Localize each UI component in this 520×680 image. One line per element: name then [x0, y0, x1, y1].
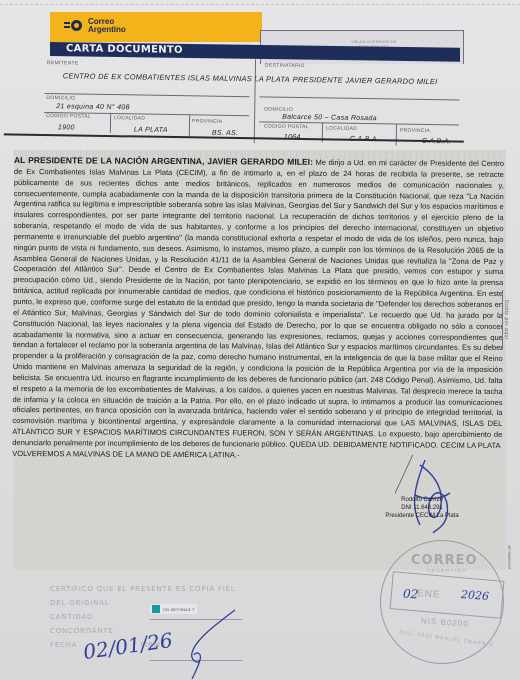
- postmark-date-year: 2026: [461, 588, 490, 603]
- signatory-dni: DNI 11.646.291: [372, 504, 472, 512]
- correo-argentino-logo: Correo Argentino: [64, 18, 126, 34]
- signature-icon: [395, 455, 465, 535]
- sender-address: 21 esquina 40 N° 408: [56, 103, 130, 111]
- postmark-brand-sub: ARGENTINO: [427, 568, 467, 573]
- fold-note: Doble por aquí: [503, 300, 509, 340]
- cert-line-5: FECHA: [50, 641, 77, 649]
- sender-locality: LA PLATA: [134, 126, 168, 134]
- recipient-locality-label: LOCALIDAD: [326, 125, 357, 131]
- perforation-line: [0, 4, 520, 6]
- correo-logo-icon: [64, 20, 82, 32]
- signatory-name: Rodolfo Carrizo: [372, 496, 472, 504]
- recipient-label: DESTINATARIO: [265, 62, 305, 69]
- handwritten-signature-icon: [170, 605, 250, 680]
- cert-line-1: CERTIFICO QUE EL PRESENTE ES COPIA FIEL: [50, 582, 250, 596]
- sender-postal-code: 1900: [58, 124, 75, 131]
- recipient-postal-label: CODIGO POSTAL: [264, 123, 309, 130]
- recipient-address: Balcarce 50 – Casa Rosada: [282, 114, 377, 122]
- postmark-brand: CORREO: [411, 553, 478, 568]
- postmark-date-month: ENE: [417, 588, 441, 601]
- sender-address-label: DOMICILIO: [46, 95, 75, 101]
- postmark-stamp: CORREO ARGENTINO 02 ENE 2026 NIS B0200 S…: [380, 540, 504, 664]
- postmark-office-code: NIS B0200: [421, 616, 469, 628]
- doc-type-title: CARTA DOCUMENTO: [66, 43, 183, 56]
- letter-body: Me dirijo a Ud. en mi carácter de Presid…: [12, 158, 504, 450]
- sender-label: REMITENTE: [47, 60, 79, 66]
- postmark-ring-text: SUC. 2032 MANUEL OBARRIO: [399, 629, 494, 648]
- sender-name: CENTRO DE EX COMBATIENTES ISLAS MALVINAS…: [63, 71, 290, 84]
- signatory-title: Presidente CECIM La Plata: [372, 512, 472, 520]
- tracking-color-square: [152, 605, 160, 613]
- recipient-address-label: DOMICILIO: [264, 106, 293, 112]
- brand-line-2: Argentino: [88, 26, 126, 34]
- sender-locality-label: LOCALIDAD: [114, 115, 145, 121]
- signatory-block: Rodolfo Carrizo DNI 11.646.291 President…: [372, 496, 472, 520]
- recipient-name: PRESIDENTE JAVIER GERARDO MILEI: [293, 75, 438, 86]
- header-brand-band: Correo Argentino: [50, 12, 260, 42]
- sender-province-label: PROVINCIA: [192, 118, 222, 124]
- side-serial: 40730005119: [507, 545, 511, 569]
- sender-postal-label: CODIGO POSTAL: [46, 113, 91, 120]
- recipient-province-label: PROVINCIA: [400, 128, 430, 134]
- carta-documento-sheet: Correo Argentino OBLEA SUPERIOR DE ETIQU…: [0, 0, 520, 680]
- letter-salutation: AL PRESIDENTE DE LA NACIÓN ARGENTINA, JA…: [14, 155, 313, 167]
- letter-text: AL PRESIDENTE DE LA NACIÓN ARGENTINA, JA…: [12, 155, 504, 463]
- letter-closing: VOLVEREMOS A MALVINAS DE LA MANO DE AMÉR…: [12, 449, 239, 459]
